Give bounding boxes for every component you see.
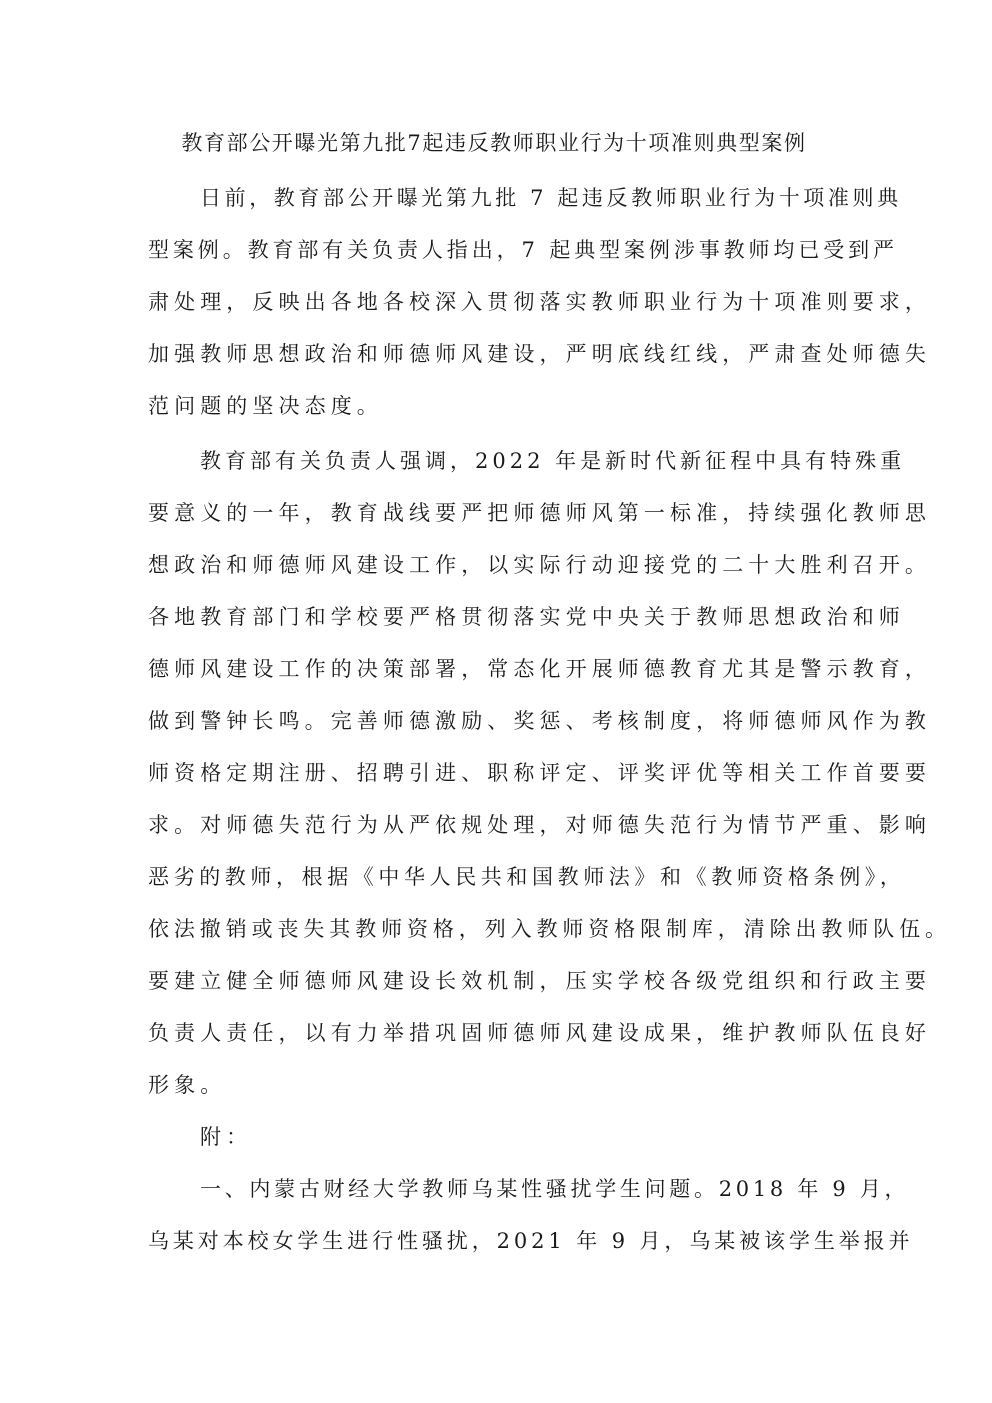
paragraph-1-line-2: 型案例。教育部有关负责人指出，7 起典型案例涉事教师均已受到严: [148, 235, 848, 265]
paragraph-2-line-12: 负责人责任，以有力举措巩固师德师风建设成果，维护教师队伍良好: [148, 1018, 848, 1048]
paragraph-1-line-4: 加强教师思想政治和师德师风建设，严明底线红线，严肃查处师德失: [148, 339, 848, 369]
paragraph-2-line-7: 师资格定期注册、招聘引进、职称评定、评奖评优等相关工作首要要: [148, 758, 848, 788]
paragraph-2-line-3: 想政治和师德师风建设工作，以实际行动迎接党的二十大胜利召开。: [148, 550, 848, 580]
document-title: 教育部公开曝光第九批7起违反教师职业行为十项准则典型案例: [148, 128, 840, 158]
paragraph-2-line-1: 教育部有关负责人强调，2022 年是新时代新征程中具有特殊重: [200, 446, 900, 476]
paragraph-2-line-10: 依法撤销或丧失其教师资格，列入教师资格限制库，清除出教师队伍。: [148, 914, 848, 944]
paragraph-2-line-4: 各地教育部门和学校要严格贯彻落实党中央关于教师思想政治和师: [148, 602, 848, 632]
paragraph-1-line-5: 范问题的坚决态度。: [148, 391, 848, 421]
paragraph-2-line-13: 形象。: [148, 1070, 848, 1100]
case-1-line-2: 乌某对本校女学生进行性骚扰，2021 年 9 月，乌某被该学生举报并: [148, 1226, 848, 1256]
paragraph-2-line-8: 求。对师德失范行为从严依规处理，对师德失范行为情节严重、影响: [148, 810, 848, 840]
paragraph-2-line-9: 恶劣的教师，根据《中华人民共和国教师法》和《教师资格条例》，: [148, 862, 848, 892]
document-page: 教育部公开曝光第九批7起违反教师职业行为十项准则典型案例 日前，教育部公开曝光第…: [0, 0, 992, 1403]
appendix-label: 附：: [200, 1122, 900, 1152]
paragraph-2-line-5: 德师风建设工作的决策部署，常态化开展师德教育尤其是警示教育，: [148, 654, 848, 684]
paragraph-1-line-3: 肃处理，反映出各地各校深入贯彻落实教师职业行为十项准则要求，: [148, 287, 848, 317]
paragraph-1-line-1: 日前，教育部公开曝光第九批 7 起违反教师职业行为十项准则典: [200, 183, 900, 213]
paragraph-2-line-2: 要意义的一年，教育战线要严把师德师风第一标准，持续强化教师思: [148, 498, 848, 528]
paragraph-2-line-6: 做到警钟长鸣。完善师德激励、奖惩、考核制度，将师德师风作为教: [148, 706, 848, 736]
case-1-line-1: 一、内蒙古财经大学教师乌某性骚扰学生问题。2018 年 9 月，: [200, 1174, 900, 1204]
paragraph-2-line-11: 要建立健全师德师风建设长效机制，压实学校各级党组织和行政主要: [148, 966, 848, 996]
